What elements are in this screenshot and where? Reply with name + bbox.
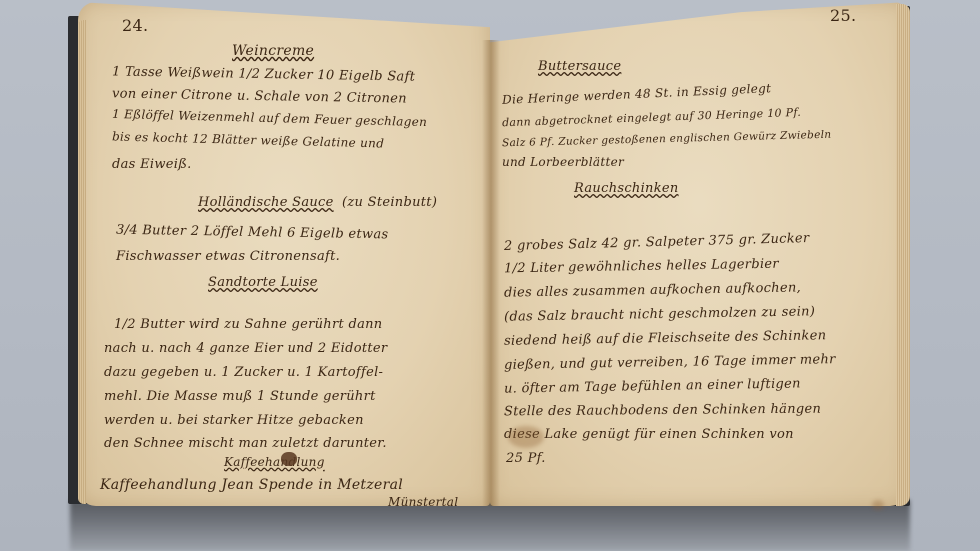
page-edges-right xyxy=(896,4,910,506)
recipe-line: 25 Pf. xyxy=(506,452,546,465)
footer-line: Kaffeehandlung Jean Spende in Metzeral xyxy=(100,478,403,492)
recipe-line: das Eiweiß. xyxy=(112,158,192,171)
recipe-line: mehl. Die Masse muß 1 Stunde gerührt xyxy=(104,390,376,403)
recipe-line: 1/2 Butter wird zu Sahne gerührt dann xyxy=(114,318,382,331)
recipe-line: nach u. nach 4 ganze Eier und 2 Eidotter xyxy=(104,342,387,355)
recipe-title: Holländische Sauce xyxy=(198,196,334,209)
recipe-line: diese Lake genügt für einen Schinken von xyxy=(504,428,794,441)
recipe-subtitle: (zu Steinbutt) xyxy=(342,196,437,209)
recipe-line: und Lorbeerblätter xyxy=(502,156,624,168)
recipe-title: Sandtorte Luise xyxy=(208,276,318,289)
page-number-left: 24. xyxy=(122,18,148,34)
recipe-line: werden u. bei starker Hitze gebacken xyxy=(104,414,364,427)
recipe-line: Stelle des Rauchbodens den Schinken häng… xyxy=(504,403,821,419)
paper-stain xyxy=(872,500,884,510)
recipe-line: dazu gegeben u. 1 Zucker u. 1 Kartoffel- xyxy=(104,366,383,379)
recipe-title: Weincreme xyxy=(232,44,314,58)
page-number-right: 25. xyxy=(830,8,856,24)
book-gutter xyxy=(482,40,500,506)
recipe-line: den Schnee mischt man zuletzt darunter. xyxy=(104,437,387,450)
recipe-title: Buttersauce xyxy=(538,60,621,73)
page-edges-left xyxy=(78,20,86,504)
ink-blot xyxy=(281,452,297,466)
recipe-line: Fischwasser etwas Citronensaft. xyxy=(116,250,340,263)
recipe-title: Rauchschinken xyxy=(574,182,679,195)
footer-place: Münstertal xyxy=(388,496,458,508)
paper-stain xyxy=(508,426,544,448)
footer-heading: Kaffeehandlung xyxy=(224,456,325,468)
table-shadow xyxy=(70,500,910,551)
